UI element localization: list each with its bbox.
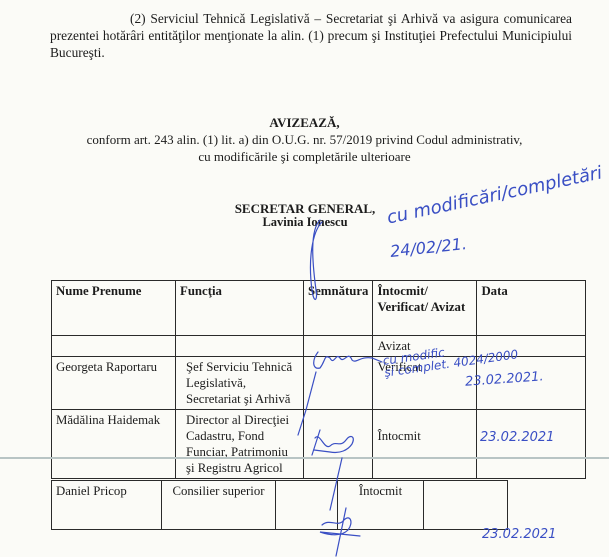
- handwritten-note: cu modificări/completări: [385, 162, 604, 228]
- cell-status: Întocmit: [338, 481, 424, 530]
- table-row: Daniel Pricop Consilier superior Întocmi…: [52, 481, 508, 530]
- cell-status: Întocmit: [373, 410, 477, 479]
- cell-name: [52, 336, 176, 357]
- header-signature: Semnătura: [304, 281, 373, 336]
- handwritten-date-row3: 23.02.2021: [480, 430, 554, 445]
- header-date: Data: [477, 281, 586, 336]
- cell-function: Director al Direcţiei Cadastru, Fond Fun…: [176, 410, 304, 479]
- approval-amendments: cu modificările şi completările ulterioa…: [0, 149, 609, 165]
- cell-name: Mădălina Haidemak: [52, 410, 176, 479]
- approval-legal-basis: conform art. 243 alin. (1) lit. a) din O…: [0, 132, 609, 148]
- handwritten-date-row4: 23.02.2021: [482, 527, 556, 542]
- header-status: Întocmit/ Verificat/ Avizat: [373, 281, 477, 336]
- cell-name: Georgeta Raportaru: [52, 357, 176, 410]
- cell-function: [176, 336, 304, 357]
- secretary-name: Lavinia Ionescu: [200, 215, 410, 230]
- cell-function: Consilier superior: [162, 481, 276, 530]
- handwritten-note-date: 24/02/21.: [389, 234, 468, 261]
- table-header-row: Nume Prenume Funcţia Semnătura Întocmit/…: [52, 281, 586, 336]
- paragraph-text: (2) Serviciul Tehnică Legislativă – Secr…: [50, 11, 572, 60]
- header-name: Nume Prenume: [52, 281, 176, 336]
- signature-table-continued: Daniel Pricop Consilier superior Întocmi…: [51, 480, 508, 530]
- cell-function: Şef Serviciu Tehnică Legislativă, Secret…: [176, 357, 304, 410]
- header-function: Funcţia: [176, 281, 304, 336]
- approval-title: AVIZEAZĂ,: [0, 115, 609, 131]
- article-paragraph: (2) Serviciul Tehnică Legislativă – Secr…: [50, 10, 572, 61]
- cell-signature: [304, 410, 373, 479]
- cell-signature: [276, 481, 338, 530]
- page-break-divider: [0, 457, 609, 459]
- cell-name: Daniel Pricop: [52, 481, 162, 530]
- cell-signature: [304, 336, 373, 357]
- cell-date: [424, 481, 508, 530]
- cell-signature: [304, 357, 373, 410]
